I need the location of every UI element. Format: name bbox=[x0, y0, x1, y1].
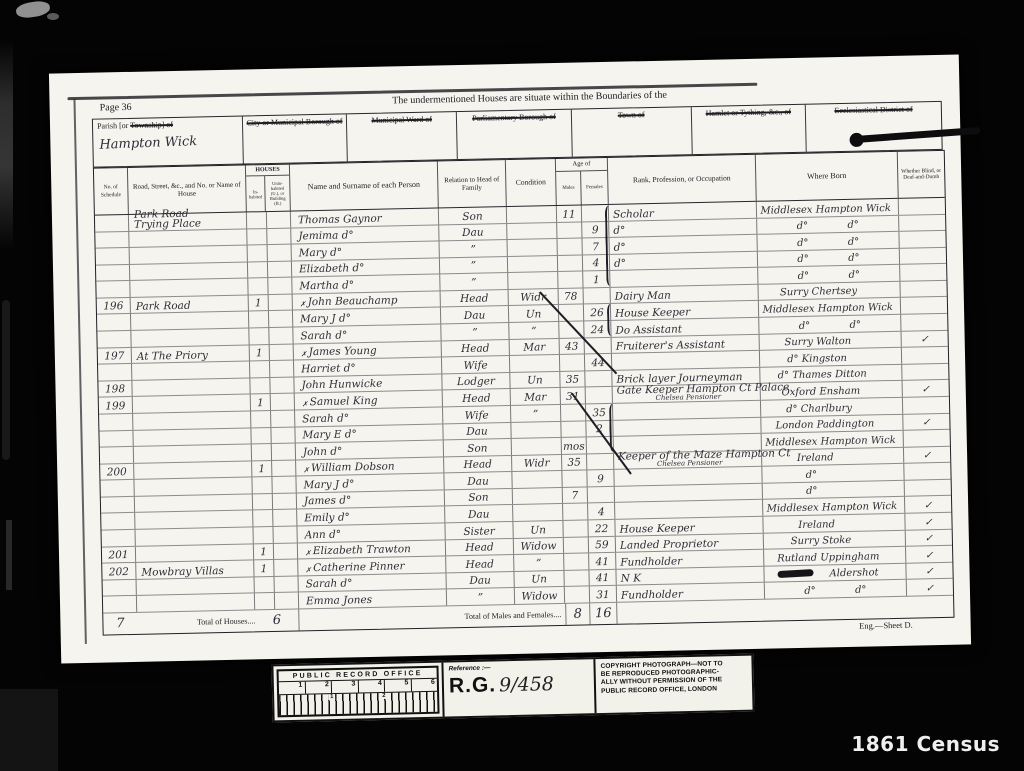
cell-road bbox=[131, 328, 249, 346]
cell-blind-deaf: ✓ bbox=[905, 496, 951, 513]
cell-occupation bbox=[615, 484, 763, 503]
cell-inhabited bbox=[247, 212, 267, 228]
cell-occupation bbox=[614, 467, 762, 486]
cell-relation: Dau bbox=[439, 224, 507, 241]
film-artifact bbox=[15, 0, 51, 20]
cell-blind-deaf bbox=[900, 264, 946, 281]
cell-name: Sarah d° bbox=[293, 324, 441, 343]
cell-uninhabited bbox=[274, 543, 298, 559]
cell-name: Sarah d° bbox=[299, 573, 447, 592]
cell-blind-deaf bbox=[904, 463, 950, 480]
cell-inhabited bbox=[251, 411, 271, 427]
cell-age-male: 35 bbox=[560, 371, 585, 387]
page-edge-rule bbox=[73, 99, 86, 644]
census-year-label: 1861 Census bbox=[851, 732, 1000, 756]
cell-occupation bbox=[610, 268, 758, 287]
cell-uninhabited bbox=[272, 460, 296, 476]
cell-schedule-number bbox=[96, 281, 130, 297]
cell-schedule-number bbox=[96, 248, 130, 264]
cell-road bbox=[134, 445, 252, 463]
cell-relation: Son bbox=[439, 207, 507, 224]
cell-blind-deaf: ✓ bbox=[906, 546, 952, 563]
film-artifact bbox=[47, 13, 59, 20]
cell-road bbox=[135, 494, 253, 512]
cell-blind-deaf: ✓ bbox=[902, 330, 948, 347]
total-males-value: 8 bbox=[565, 603, 590, 625]
stamp-reference-section: Reference :— R.G. 9/458 bbox=[441, 659, 594, 716]
column-header-blind-deaf: Whether Blind, or Deaf-and-Dumb bbox=[898, 151, 945, 198]
cell-age-female: 59 bbox=[589, 536, 616, 552]
ecclesiastical-district-box: Ecclesiastical District of bbox=[806, 102, 942, 152]
cell-relation: ” bbox=[447, 588, 515, 605]
cell-age-male bbox=[561, 421, 586, 437]
parliamentary-borough-label: Parliamentary Borough of bbox=[472, 112, 556, 123]
cell-schedule-number: 200 bbox=[100, 464, 134, 480]
cell-road bbox=[132, 378, 250, 396]
cell-occupation bbox=[615, 500, 763, 519]
parliamentary-borough-box: Parliamentary Borough of bbox=[457, 110, 573, 159]
cell-condition bbox=[507, 223, 557, 240]
cell-where-born: d° Kingston bbox=[760, 348, 902, 367]
cell-name: Thomas Gaynor bbox=[291, 208, 439, 227]
cell-age-male bbox=[565, 587, 590, 603]
cell-relation: Lodger bbox=[442, 373, 510, 390]
cell-occupation: Fruiterer's Assistant bbox=[612, 334, 760, 353]
cell-schedule-number bbox=[99, 430, 133, 446]
cell-schedule-number bbox=[97, 314, 131, 330]
cell-schedule-number bbox=[101, 497, 135, 513]
ruler-cm-mark: 2 bbox=[380, 693, 387, 699]
cell-condition: Mar bbox=[511, 388, 561, 405]
census-table: No. of Schedule Road, Street, &c., and N… bbox=[93, 150, 955, 636]
cell-where-born: d° Charlbury bbox=[761, 398, 903, 417]
cell-road bbox=[135, 527, 253, 545]
cell-condition bbox=[510, 355, 560, 372]
cell-where-born: d°d° bbox=[759, 315, 901, 334]
cell-occupation: House Keeper bbox=[615, 517, 763, 536]
cell-age-female bbox=[584, 288, 611, 304]
column-header-road: Road, Street, &c., and No. or Name of Ho… bbox=[128, 165, 247, 213]
cell-inhabited bbox=[253, 527, 273, 543]
cell-age-male bbox=[563, 504, 588, 520]
ruler-inch-mark: 6 bbox=[411, 679, 437, 692]
municipal-ward-box: Municipal Ward of bbox=[347, 112, 458, 161]
cell-road: Park Road bbox=[131, 295, 249, 313]
cell-relation: Dau bbox=[444, 472, 512, 489]
cell-age-male bbox=[564, 570, 589, 586]
cell-schedule-number bbox=[97, 331, 131, 347]
cell-road bbox=[137, 577, 255, 595]
cell-blind-deaf bbox=[901, 297, 947, 314]
hamlet-box: Hamlet or Tything, &c., of bbox=[691, 105, 807, 154]
cell-condition: Un bbox=[510, 372, 560, 389]
cell-name: William Dobson bbox=[296, 457, 444, 476]
cell-occupation: d° bbox=[609, 235, 757, 254]
cell-where-born: d° bbox=[762, 464, 904, 483]
column-header-age: Age of Males Females bbox=[556, 158, 609, 205]
cell-age-male: 11 bbox=[557, 205, 582, 221]
film-artifact bbox=[0, 689, 58, 771]
cell-road: At The Priory bbox=[132, 345, 250, 363]
cell-age-female: 31 bbox=[590, 586, 617, 602]
cell-blind-deaf bbox=[899, 198, 945, 215]
column-header-uninhabited: Unin-habited (U.), or Building (B.) bbox=[265, 176, 290, 211]
cell-road bbox=[130, 279, 248, 297]
cell-condition bbox=[508, 239, 558, 256]
cell-road bbox=[130, 246, 248, 264]
reference-prefix: R.G. bbox=[449, 673, 497, 698]
cell-occupation: Dairy Man bbox=[611, 285, 759, 304]
cell-where-born: Middlesex Hampton Wick bbox=[757, 199, 899, 218]
town-label: Town of bbox=[618, 110, 645, 120]
cell-occupation: Landed Proprietor bbox=[616, 533, 764, 552]
cell-condition bbox=[513, 504, 563, 521]
column-header-inhabited: In-habited bbox=[246, 176, 266, 211]
municipal-ward-label: Municipal Ward of bbox=[371, 115, 432, 125]
cell-condition: Un bbox=[509, 305, 559, 322]
cell-age-female bbox=[588, 487, 615, 503]
cell-road: Park Road Trying Place bbox=[129, 212, 247, 230]
cell-relation: Dau bbox=[446, 572, 514, 589]
cell-road bbox=[135, 511, 253, 529]
cell-occupation: N K bbox=[616, 566, 764, 585]
cell-occupation bbox=[613, 417, 761, 436]
cell-uninhabited bbox=[270, 377, 294, 393]
cell-blind-deaf bbox=[901, 314, 947, 331]
cell-schedule-number: 199 bbox=[99, 397, 133, 413]
cell-where-born: Middlesex Hampton Wick bbox=[763, 497, 905, 516]
cell-uninhabited bbox=[275, 593, 299, 609]
cell-inhabited bbox=[248, 278, 268, 294]
cell-where-born: Aldershot bbox=[764, 563, 906, 582]
cell-uninhabited bbox=[271, 410, 295, 426]
cell-condition: ” bbox=[514, 554, 564, 571]
cell-uninhabited bbox=[268, 245, 292, 261]
cell-blind-deaf bbox=[902, 364, 948, 381]
cell-inhabited bbox=[251, 428, 271, 444]
cell-age-female bbox=[587, 454, 614, 470]
cell-where-born: d°d° bbox=[765, 580, 907, 599]
cell-condition: Un bbox=[513, 521, 563, 538]
reference-number: 9/458 bbox=[499, 673, 554, 696]
cell-name: Mary d° bbox=[292, 242, 440, 261]
cell-condition: Widow bbox=[514, 537, 564, 554]
cell-age-male: mos bbox=[562, 438, 587, 454]
cell-inhabited: 1 bbox=[249, 295, 269, 311]
cell-road bbox=[130, 262, 248, 280]
ruler-inch-mark: 2 bbox=[305, 681, 332, 694]
ecclesiastical-district-label: Ecclesiastical District of bbox=[834, 105, 912, 116]
cell-condition: Mar bbox=[510, 339, 560, 356]
cell-age-male bbox=[560, 355, 585, 371]
cell-name: Jemima d° bbox=[291, 225, 439, 244]
cell-inhabited bbox=[248, 262, 268, 278]
cell-schedule-number: 202 bbox=[102, 563, 136, 579]
cell-name: Harriet d° bbox=[294, 358, 442, 377]
cell-age-male bbox=[562, 471, 587, 487]
cell-age-female: 4 bbox=[588, 503, 615, 519]
cell-road bbox=[133, 395, 251, 413]
cell-schedule-number bbox=[96, 265, 130, 281]
cell-uninhabited bbox=[267, 212, 291, 228]
cell-relation: Head bbox=[446, 539, 514, 556]
cell-occupation bbox=[613, 401, 761, 420]
cell-schedule-number bbox=[100, 480, 134, 496]
cell-where-born: d°d° bbox=[757, 215, 899, 234]
cell-inhabited bbox=[255, 577, 275, 593]
cell-age-female: 41 bbox=[589, 553, 616, 569]
cell-inhabited bbox=[249, 312, 269, 328]
cell-age-female: 22 bbox=[588, 520, 615, 536]
cell-uninhabited bbox=[273, 526, 297, 542]
cell-occupation: d° bbox=[609, 218, 757, 237]
column-header-houses: HOUSES In-habited Unin-habited (U.), or … bbox=[246, 165, 291, 212]
column-header-males: Males bbox=[556, 171, 582, 205]
parish-box: Parish [or Township] of Hampton Wick bbox=[93, 117, 244, 167]
cell-occupation: Keeper of the Maze Hampton Ct Chelsea Pe… bbox=[614, 450, 762, 469]
cell-road bbox=[134, 461, 252, 479]
cell-relation: Dau bbox=[443, 423, 511, 440]
cell-schedule-number: 198 bbox=[98, 381, 132, 397]
cell-uninhabited bbox=[272, 444, 296, 460]
cell-name: Ann d° bbox=[297, 523, 445, 542]
column-header-where-born: Where Born bbox=[756, 152, 899, 201]
film-artifact bbox=[6, 520, 12, 590]
cell-where-born: d°d° bbox=[758, 249, 900, 268]
cell-condition: Widow bbox=[515, 587, 565, 604]
cell-uninhabited bbox=[268, 261, 292, 277]
cell-road bbox=[133, 428, 251, 446]
ink-brace bbox=[607, 304, 615, 336]
cell-name: Elizabeth d° bbox=[292, 258, 440, 277]
cell-uninhabited bbox=[273, 493, 297, 509]
cell-inhabited bbox=[250, 361, 270, 377]
cell-blind-deaf: ✓ bbox=[903, 380, 949, 397]
cell-schedule-number bbox=[103, 596, 137, 612]
cell-age-female bbox=[585, 371, 612, 387]
cell-relation: Head bbox=[442, 340, 510, 357]
cell-uninhabited bbox=[270, 361, 294, 377]
cell-relation: Dau bbox=[445, 505, 513, 522]
cell-relation: Sister bbox=[445, 522, 513, 539]
film-artifact bbox=[0, 40, 13, 250]
cell-where-born: Oxford Ensham bbox=[761, 381, 903, 400]
stamp-copyright-section: COPYRIGHT PHOTOGRAPH—NOT TO BE REPRODUCE… bbox=[593, 656, 752, 714]
cell-age-male: 35 bbox=[562, 454, 587, 470]
cell-inhabited: 1 bbox=[254, 544, 274, 560]
cell-where-born: Surry Chertsey bbox=[758, 282, 900, 301]
cell-blind-deaf: ✓ bbox=[906, 562, 952, 579]
cell-blind-deaf bbox=[900, 281, 946, 298]
cell-name: James Young bbox=[294, 341, 442, 360]
cell-uninhabited bbox=[271, 394, 295, 410]
cell-age-female: 9 bbox=[587, 470, 614, 486]
cell-uninhabited bbox=[275, 576, 299, 592]
cell-inhabited: 1 bbox=[252, 461, 272, 477]
age-group-label: Age of bbox=[556, 158, 607, 171]
cell-where-born: d°d° bbox=[758, 265, 900, 284]
cell-road bbox=[131, 312, 249, 330]
cell-uninhabited bbox=[269, 328, 293, 344]
cell-age-male: 7 bbox=[563, 487, 588, 503]
cell-blind-deaf bbox=[904, 430, 950, 447]
cell-age-male bbox=[558, 272, 583, 288]
cell-condition bbox=[511, 421, 561, 438]
cell-where-born: Surry Stoke bbox=[764, 530, 906, 549]
cell-relation: Son bbox=[444, 439, 512, 456]
cell-condition bbox=[512, 438, 562, 455]
cell-relation: Dau bbox=[441, 306, 509, 323]
parish-handwritten-value: Hampton Wick bbox=[99, 132, 242, 152]
cell-relation: ” bbox=[441, 323, 509, 340]
cell-relation: Head bbox=[441, 290, 509, 307]
cell-blind-deaf bbox=[900, 248, 946, 265]
cell-where-born: Rutland Uppingham bbox=[764, 547, 906, 566]
cell-uninhabited bbox=[267, 228, 291, 244]
cell-condition bbox=[507, 206, 557, 223]
cell-schedule-number bbox=[102, 530, 136, 546]
cell-relation: Son bbox=[445, 489, 513, 506]
cell-occupation: Do Assistant bbox=[611, 318, 759, 337]
cell-blind-deaf bbox=[899, 214, 945, 231]
cell-uninhabited bbox=[269, 311, 293, 327]
table-body: Park Road Trying Place Thomas Gaynor Son… bbox=[95, 198, 953, 614]
cell-road bbox=[132, 362, 250, 380]
cell-blind-deaf bbox=[903, 397, 949, 414]
column-header-condition: Condition bbox=[506, 159, 557, 206]
cell-inhabited: 1 bbox=[254, 560, 274, 576]
cell-occupation: Scholar bbox=[609, 202, 757, 221]
cell-uninhabited bbox=[273, 510, 297, 526]
cell-name: John Hunwicke bbox=[294, 374, 442, 393]
cell-where-born: Ireland bbox=[763, 514, 905, 533]
cell-occupation: House Keeper bbox=[611, 301, 759, 320]
cell-age-female: 41 bbox=[589, 570, 616, 586]
page-number: Page 36 bbox=[100, 102, 132, 114]
cell-condition bbox=[508, 256, 558, 273]
microfilm-background: Page 36 The undermentioned Houses are si… bbox=[0, 0, 1024, 771]
cell-name: Elizabeth Trawton bbox=[298, 540, 446, 559]
cell-blind-deaf: ✓ bbox=[905, 513, 951, 530]
city-borough-box: City or Municipal Borough of bbox=[243, 114, 349, 163]
column-header-females: Females bbox=[581, 171, 608, 205]
cell-relation: Head bbox=[444, 456, 512, 473]
cell-name: James d° bbox=[297, 490, 445, 509]
cell-blind-deaf: ✓ bbox=[903, 413, 949, 430]
cell-schedule-number: 196 bbox=[97, 298, 131, 314]
cell-inhabited bbox=[252, 477, 272, 493]
cell-occupation: d° bbox=[610, 252, 758, 271]
cell-inhabited bbox=[255, 593, 275, 609]
cell-relation: ” bbox=[440, 257, 508, 274]
cell-schedule-number bbox=[101, 513, 135, 529]
cell-inhabited bbox=[250, 378, 270, 394]
cell-schedule-number bbox=[95, 215, 129, 231]
town-box: Town of bbox=[572, 107, 693, 156]
city-borough-label: City or Municipal Borough of bbox=[246, 116, 342, 127]
cell-condition bbox=[512, 471, 562, 488]
cell-name: Emily d° bbox=[297, 507, 445, 526]
schedule-total: 7 bbox=[103, 613, 137, 635]
hamlet-label: Hamlet or Tything, &c., of bbox=[706, 107, 791, 118]
cell-condition bbox=[513, 488, 563, 505]
cell-uninhabited bbox=[268, 278, 292, 294]
parish-label-struck: Township] of bbox=[130, 120, 173, 130]
cell-inhabited bbox=[249, 328, 269, 344]
cell-condition bbox=[508, 272, 558, 289]
cell-age-male bbox=[558, 255, 583, 271]
cell-name: Mary J d° bbox=[293, 308, 441, 327]
cell-road: Mowbray Villas bbox=[136, 561, 254, 579]
ruler-inch-mark: 1 bbox=[279, 682, 306, 695]
cell-occupation bbox=[612, 351, 760, 370]
column-header-schedule: No. of Schedule bbox=[94, 168, 129, 215]
cell-occupation: Gate Keeper Hampton Ct Palace Chelsea Pe… bbox=[613, 384, 761, 403]
pro-stamp: PUBLIC RECORD OFFICE 1 2 3 4 5 6 1 2 Ref… bbox=[271, 654, 754, 723]
cell-condition: Widr bbox=[512, 455, 562, 472]
cell-schedule-number bbox=[98, 364, 132, 380]
cell-inhabited bbox=[252, 444, 272, 460]
cell-where-born: Middlesex Hampton Wick bbox=[759, 298, 901, 317]
cell-age-male: 78 bbox=[559, 288, 584, 304]
cell-relation: Wife bbox=[442, 356, 510, 373]
cell-relation: Head bbox=[446, 555, 514, 572]
cell-blind-deaf bbox=[905, 480, 951, 497]
cell-blind-deaf bbox=[899, 231, 945, 248]
total-of-houses-value: 6 bbox=[255, 609, 299, 631]
cell-name: Sarah d° bbox=[295, 407, 443, 426]
column-header-name: Name and Surname of each Person bbox=[290, 161, 439, 210]
cell-relation: Head bbox=[443, 389, 511, 406]
cell-age-male bbox=[563, 520, 588, 536]
cell-where-born: London Paddington bbox=[761, 414, 903, 433]
cell-inhabited bbox=[247, 229, 267, 245]
cell-road bbox=[137, 594, 255, 612]
cell-inhabited bbox=[253, 494, 273, 510]
cell-age-male bbox=[558, 239, 583, 255]
cell-relation: Wife bbox=[443, 406, 511, 423]
census-page: Page 36 The undermentioned Houses are si… bbox=[49, 55, 971, 664]
cell-inhabited bbox=[253, 510, 273, 526]
cell-condition: Un bbox=[514, 571, 564, 588]
cell-road bbox=[134, 478, 252, 496]
cell-name: Mary J d° bbox=[296, 474, 444, 493]
cell-relation: ” bbox=[440, 240, 508, 257]
cell-occupation: Fundholder bbox=[616, 550, 764, 569]
ruler-inch-mark: 4 bbox=[358, 680, 385, 693]
cell-name: Samuel King bbox=[295, 391, 443, 410]
cell-age-female bbox=[586, 387, 613, 403]
cell-blind-deaf: ✓ bbox=[906, 529, 952, 546]
cell-age-male bbox=[557, 222, 582, 238]
cell-uninhabited bbox=[270, 344, 294, 360]
cell-where-born: d°d° bbox=[757, 232, 899, 251]
cell-uninhabited bbox=[271, 427, 295, 443]
cell-schedule-number bbox=[99, 414, 133, 430]
ruler-cm-mark: 1 bbox=[328, 694, 335, 700]
cell-where-born: d° bbox=[763, 481, 905, 500]
cell-inhabited bbox=[248, 245, 268, 261]
cell-schedule-number bbox=[100, 447, 134, 463]
cell-condition: ” bbox=[511, 405, 561, 422]
column-header-relation: Relation to Head of Family bbox=[438, 160, 507, 207]
cell-uninhabited bbox=[272, 477, 296, 493]
cell-where-born: Surry Walton bbox=[760, 331, 902, 350]
cell-uninhabited bbox=[274, 560, 298, 576]
total-females-value: 16 bbox=[590, 603, 617, 625]
cell-name: John Beauchamp bbox=[293, 291, 441, 310]
ruler-tick-row: 1 2 bbox=[279, 691, 437, 716]
